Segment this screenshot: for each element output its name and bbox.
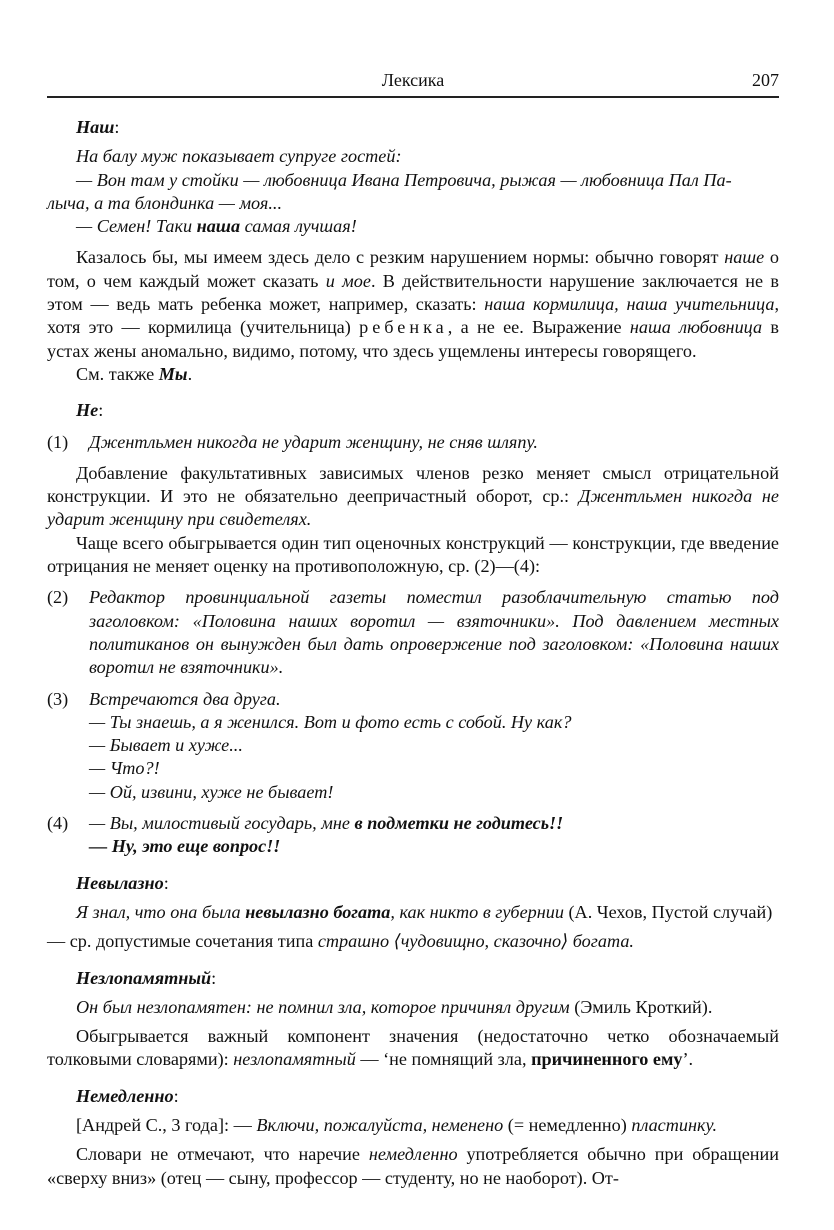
numbered-example: (2) Редактор провинциальной газеты помес…	[47, 586, 779, 679]
example-number: (4)	[47, 812, 89, 859]
numbered-example: (3) Встречаются два друга. — Ты знаешь, …	[47, 688, 779, 804]
see-also: См. также Мы.	[47, 363, 779, 386]
numbered-example: (4) — Вы, милостивый государь, мне в под…	[47, 812, 779, 859]
running-title: Лексика	[47, 70, 779, 91]
running-header: Лексика 207	[47, 70, 779, 94]
example-number: (3)	[47, 688, 89, 804]
commentary-paragraph: Словари не отмечают, что наречие немедле…	[47, 1143, 779, 1190]
example-number: (1)	[47, 431, 89, 454]
example-line: — Семен! Таки наша самая лучшая!	[47, 215, 779, 238]
entry-nemedlenno: Немедленно: [Андрей С., 3 года]: — Включ…	[47, 1085, 779, 1190]
example-number: (2)	[47, 586, 89, 679]
entry-headword: Не:	[76, 399, 779, 422]
commentary-note: — ср. допустимые сочетания типа страшно …	[47, 930, 779, 953]
entry-nash: Наш: На балу муж показывает супруге гост…	[47, 116, 779, 386]
page-number: 207	[752, 70, 779, 91]
commentary-paragraph: Чаще всего обыгрывается один тип оценочн…	[47, 532, 779, 579]
citation: Он был незлопамятен: не помнил зла, кото…	[47, 996, 779, 1019]
entry-nevylazno: Невылазно: Я знал, что она была невылазн…	[47, 872, 779, 954]
numbered-example: (1) Джентльмен никогда не ударит женщину…	[47, 431, 779, 454]
commentary-paragraph: Казалось бы, мы имеем здесь дело с резки…	[47, 246, 779, 362]
example-intro: На балу муж показывает супруге гостей:	[47, 145, 779, 168]
commentary-paragraph: Добавление факультативных зависимых член…	[47, 462, 779, 532]
entry-ne: Не: (1) Джентльмен никогда не ударит жен…	[47, 399, 779, 858]
entry-headword: Наш:	[76, 116, 779, 139]
example-text: Редактор провинциальной газеты поместил …	[89, 586, 779, 679]
entry-headword: Невылазно:	[76, 872, 779, 895]
commentary-paragraph: Обыгрывается важный компонент значения (…	[47, 1025, 779, 1072]
entry-nezlopamyatny: Незлопамятный: Он был незлопамятен: не п…	[47, 967, 779, 1072]
header-rule	[47, 96, 779, 98]
example-line: лыча, а та блондинка — моя...	[47, 192, 779, 215]
entry-headword: Немедленно:	[76, 1085, 779, 1108]
example-text: Встречаются два друга. — Ты знаешь, а я …	[89, 688, 779, 804]
citation: Я знал, что она была невылазно богата, к…	[47, 901, 779, 924]
example-text: Джентльмен никогда не ударит женщину, не…	[89, 431, 779, 454]
page-content: Наш: На балу муж показывает супруге гост…	[47, 116, 779, 1190]
example-text: — Вы, милостивый государь, мне в подметк…	[89, 812, 779, 859]
entry-headword: Незлопамятный:	[76, 967, 779, 990]
example-line: — Вон там у стойки — любовница Ивана Пет…	[47, 169, 779, 192]
citation: [Андрей С., 3 года]: — Включи, пожалуйст…	[47, 1114, 779, 1137]
